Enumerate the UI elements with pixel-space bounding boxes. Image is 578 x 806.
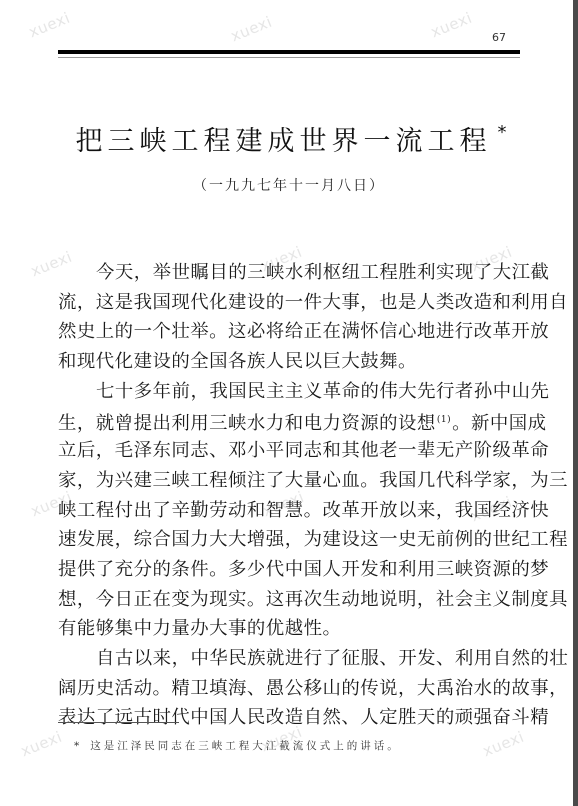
watermark: xuexi (26, 9, 73, 42)
text-line: 有能够集中力量办大事的优越性。 (58, 614, 520, 644)
watermark: xuexi (228, 13, 275, 46)
text-line: 阔历史活动。精卫填海、愚公移山的传说，大禹治水的故事， (58, 674, 520, 704)
text-line: 流，这是我国现代化建设的一件大事，也是人类改造和利用自 (58, 288, 520, 318)
article-title: 把三峡工程建成世界一流工程* (0, 119, 578, 158)
text-line: 表达了远古时代中国人民改造自然、人定胜天的顽强奋斗精 (58, 703, 520, 733)
text-line: 生，就曾提出利用三峡水力和电力资源的设想(1)。新中国成 (58, 406, 520, 436)
watermark: xuexi (428, 9, 475, 42)
text-line: 然史上的一个壮举。这必将给正在满怀信心地进行改革开放 (58, 317, 520, 347)
text-segment: 生，就曾提出利用三峡水力和电力资源的设想 (58, 413, 436, 434)
header-rule (58, 50, 520, 54)
title-text: 把三峡工程建成世界一流工程 (76, 126, 492, 157)
text-line: 速发展，综合国力大大增强，为建设这一史无前例的世纪工程 (58, 525, 520, 555)
text-line: 七十多年前，我国民主主义革命的伟大先行者孙中山先 (58, 377, 520, 407)
text-line: 今天，举世瞩目的三峡水利枢纽工程胜利实现了大江截 (58, 258, 520, 288)
text-line: 想，今日正在变为现实。这再次生动地说明，社会主义制度具 (58, 585, 520, 615)
text-line: 峡工程付出了辛勤劳动和智慧。改革开放以来，我国经济快 (58, 496, 520, 526)
page-number: 67 (492, 31, 506, 44)
text-line: 立后，毛泽东同志、邓小平同志和其他老一辈无产阶级革命 (58, 436, 520, 466)
text-line: 和现代化建设的全国各族人民以巨大鼓舞。 (58, 347, 520, 377)
footnote-marker: * (74, 740, 82, 752)
footnote-rule (58, 722, 179, 723)
article-body: 今天，举世瞩目的三峡水利枢纽工程胜利实现了大江截流，这是我国现代化建设的一件大事… (58, 258, 520, 733)
footnote: *这是江泽民同志在三峡工程大江截流仪式上的讲话。 (74, 738, 401, 753)
header-rule-thin (58, 57, 520, 58)
text-segment: 。新中国成 (452, 413, 546, 434)
reference-marker[interactable]: (1) (437, 415, 451, 425)
footnote-text: 这是江泽民同志在三峡工程大江截流仪式上的讲话。 (90, 740, 401, 752)
text-line: 家，为兴建三峡工程倾注了大量心血。我国几代科学家，为三 (58, 466, 520, 496)
text-line: 自古以来，中华民族就进行了征服、开发、利用自然的壮 (58, 644, 520, 674)
text-line: 提供了充分的条件。多少代中国人开发和利用三峡资源的梦 (58, 555, 520, 585)
title-footnote-marker[interactable]: * (498, 122, 507, 143)
article-date: （一九九七年十一月八日） (0, 175, 578, 195)
